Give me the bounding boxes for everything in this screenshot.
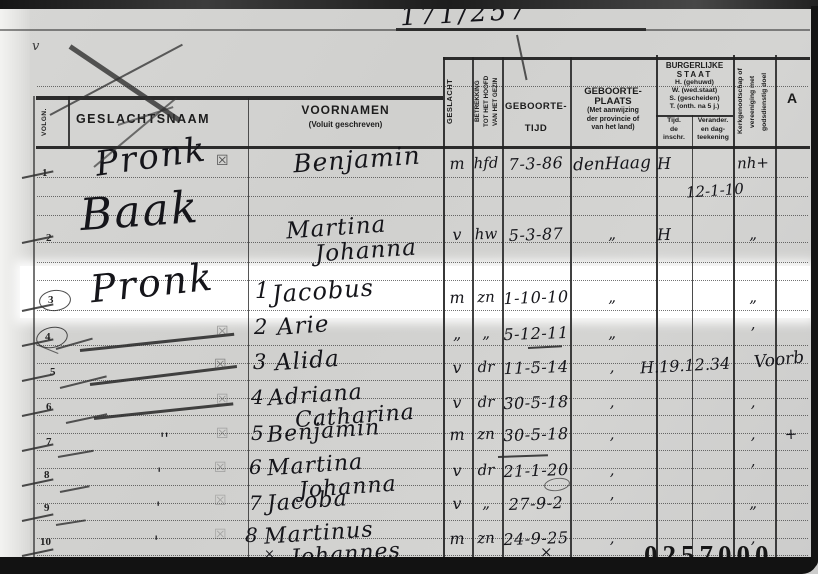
control-stamp-icon: ☒	[216, 153, 229, 169]
child-number-handwritten: 7	[249, 493, 262, 513]
pencil-stroke	[498, 454, 548, 458]
control-stamp-icon: ☒	[216, 426, 229, 442]
header-line	[656, 115, 733, 117]
column-header-betrekking: BETREKKING TOT HET HOOFD VAN HET GEZIN	[473, 58, 501, 145]
birth-place-entry: ,	[571, 530, 653, 548]
control-stamp-icon: ☒	[216, 324, 229, 340]
pencil-stroke	[528, 345, 562, 349]
church-entry: „	[732, 289, 774, 305]
row-number: 10	[40, 536, 51, 548]
sex-entry: m	[444, 156, 471, 173]
church-entry: „	[732, 226, 774, 242]
ruled-line	[37, 86, 808, 87]
civil-status-entry: H	[648, 155, 681, 172]
surname-ditto-mark: ''	[160, 431, 169, 447]
sex-entry: m	[444, 427, 471, 444]
header-line	[443, 57, 810, 60]
birth-date-entry: 24-9-25	[502, 530, 571, 548]
column-header-geboorteplaats: GEBOORTE- PLAATS (Met aanwijzing der pro…	[571, 87, 655, 133]
header-line	[36, 96, 443, 100]
surname-ditto-mark: '	[157, 466, 161, 482]
header-line	[396, 28, 646, 31]
relation-entry: hfd	[470, 155, 503, 171]
sex-entry: v	[444, 463, 471, 480]
birth-date-entry: 11-5-14	[502, 359, 571, 377]
pencil-check-mark: v	[32, 40, 39, 53]
civil-status-entry: H.19.12.34	[640, 356, 731, 377]
church-entry: ,	[732, 394, 774, 410]
birth-place-entry: „	[571, 325, 653, 343]
relation-entry: zn	[470, 289, 503, 305]
surname-ditto-line	[94, 402, 234, 420]
child-number-handwritten: 6	[249, 457, 262, 477]
relation-entry: zn	[470, 426, 503, 442]
child-number-handwritten: 4	[251, 387, 264, 407]
civil-status-entry: H	[648, 226, 681, 243]
column-line	[33, 96, 35, 557]
column-header-verandering: Verander. en dag- teekening	[694, 117, 732, 143]
control-stamp-icon: ☒	[216, 392, 229, 408]
child-number-handwritten: 5	[251, 423, 264, 443]
sex-entry: „	[444, 326, 471, 343]
church-entry: „	[732, 495, 774, 511]
church-entry: ,	[732, 426, 774, 442]
birth-date-entry: 5-3-87	[502, 226, 571, 244]
column-line	[775, 55, 777, 557]
scan-right-edge	[811, 6, 818, 568]
sex-entry: m	[444, 290, 471, 307]
sex-entry: v	[444, 227, 471, 244]
birth-place-entry: ’	[571, 495, 653, 513]
given-name-handwritten: Alida	[274, 348, 340, 375]
column-header-tijd-inschrijving: Tijd. de inschr.	[657, 117, 691, 143]
relation-entry: dr	[470, 462, 503, 478]
birth-date-entry: 5-12-11	[502, 325, 571, 343]
control-stamp-icon: ☒	[214, 460, 227, 476]
surname-handwritten: Pronk	[93, 132, 209, 181]
scan-bottom-edge	[0, 557, 818, 574]
control-stamp-icon: ☒	[214, 527, 227, 543]
column-line	[692, 115, 693, 557]
control-stamp-icon: ☒	[214, 493, 227, 509]
relation-entry: zn	[470, 530, 503, 546]
column-header-aanmerkingen: A	[775, 90, 809, 106]
control-stamp-icon: ☒	[214, 357, 227, 373]
relation-entry: „	[470, 495, 503, 511]
column-header-kerkgenootschap: Kerkgenootschap of vereeniging met godsd…	[735, 58, 774, 145]
scan-top-edge	[0, 0, 818, 9]
column-line	[733, 55, 735, 557]
birth-place-entry: „	[571, 289, 653, 307]
relation-entry: „	[470, 325, 503, 341]
church-entry: nh+	[732, 155, 774, 171]
civil-status-extra-entry: Voorb	[753, 349, 805, 371]
child-number-handwritten: 2	[254, 317, 267, 338]
birth-date-entry: 7-3-86	[502, 155, 571, 173]
surname-ditto-line	[80, 333, 234, 352]
birth-date-entry: 30-5-18	[502, 426, 571, 444]
relation-entry: dr	[470, 394, 503, 410]
church-entry: ’	[732, 462, 774, 478]
relation-entry: hw	[470, 226, 503, 242]
register-scan-page: 171/257 VOLGN. GESLACHTSNAAM VOORNAMEN (…	[0, 0, 818, 574]
column-line	[656, 55, 658, 557]
given-name-handwritten: Benjamin	[292, 143, 421, 177]
sex-entry: v	[444, 360, 471, 377]
church-entry: ’	[732, 325, 774, 341]
column-line	[248, 98, 249, 557]
sex-entry: v	[444, 496, 471, 513]
birth-place-entry: ,	[571, 426, 653, 444]
given-name-handwritten: Arie	[276, 313, 330, 340]
relation-entry: dr	[470, 359, 503, 375]
column-line	[443, 57, 445, 557]
column-line	[570, 57, 572, 557]
row-number: 5	[50, 366, 56, 378]
birth-date-entry: 30-5-18	[502, 394, 571, 412]
column-header-voornamen-subtitle: (Voluit geschreven)	[248, 120, 443, 129]
column-header-voornamen: VOORNAMEN	[248, 103, 443, 117]
birth-place-entry: ,	[571, 462, 653, 480]
row-number: 9	[44, 502, 50, 514]
birth-date-entry: 1-10-10	[502, 289, 571, 307]
birth-place-entry: „	[571, 226, 653, 244]
surname-ditto-mark: '	[154, 534, 158, 550]
sex-entry: m	[444, 531, 471, 548]
birth-place-entry: denHaag	[571, 155, 654, 175]
child-number-handwritten: 3	[253, 352, 266, 373]
column-header-geslacht: GESLACHT	[445, 58, 471, 145]
surname-ditto-mark: '	[156, 500, 160, 516]
pencil-stroke	[60, 485, 90, 493]
given-name-handwritten: Jacobus	[271, 275, 374, 306]
registration-change-entry: 12-1-10	[686, 182, 735, 200]
column-header-geboortetijd: GEBOORTE-TIJD	[503, 96, 569, 140]
annotation-entry: +	[774, 426, 809, 442]
birth-place-entry: ,	[571, 394, 653, 412]
sex-entry: v	[444, 395, 471, 412]
given-name-handwritten: Benjamin	[266, 417, 381, 447]
column-line	[472, 57, 474, 557]
child-number-handwritten: 8	[245, 525, 258, 545]
given-name-handwritten: Jacoba	[266, 488, 348, 516]
birth-date-entry: 27-9-2	[502, 495, 571, 513]
surname-handwritten: Baak	[79, 186, 201, 238]
pencil-stroke	[50, 44, 183, 116]
child-number-handwritten: 1	[255, 281, 269, 303]
